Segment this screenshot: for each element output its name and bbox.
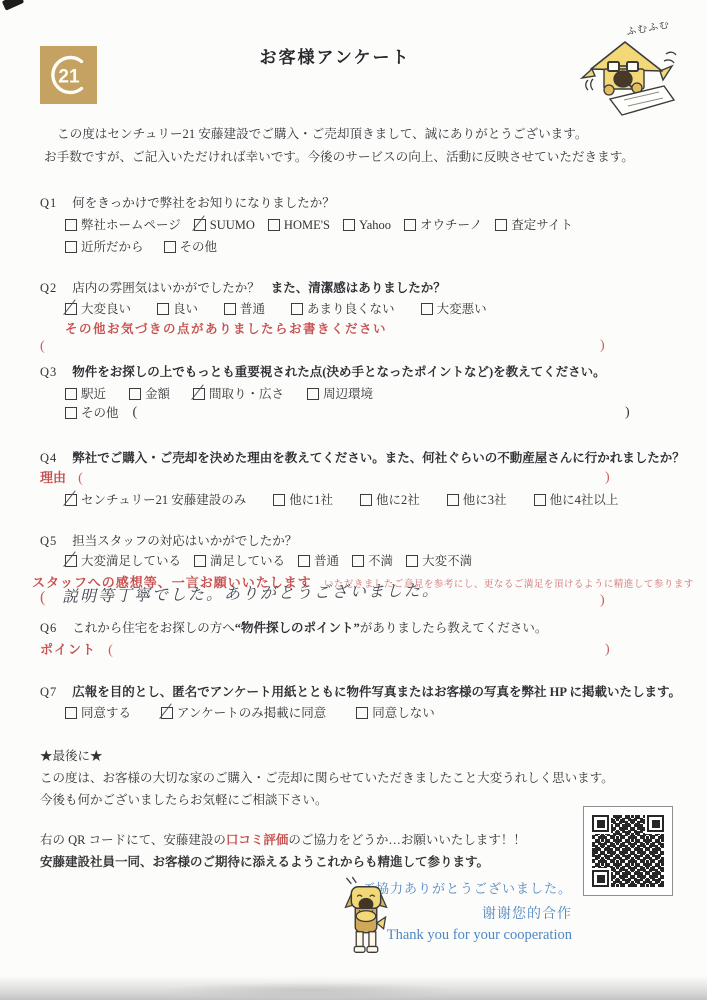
open-paren: ( — [108, 643, 113, 658]
checkbox[interactable] — [65, 241, 77, 253]
q1-options-row1: 弊社ホームページ SUUMO HOME'S Yahoo オウチーノ 査定サイト — [65, 215, 707, 235]
qr-pattern — [592, 815, 664, 887]
checkbox[interactable] — [65, 219, 77, 231]
checkbox[interactable] — [307, 388, 319, 400]
checkbox[interactable] — [421, 303, 433, 315]
open-paren: ( — [78, 471, 83, 486]
option-label: 査定サイト — [511, 215, 573, 235]
question-q4: Q4弊社でご購入・ご売却を決めた理由を教えてください。また、何社ぐらいの不動産屋… — [40, 448, 700, 468]
option-label: 金額 — [145, 384, 170, 404]
qr-finder-icon — [647, 815, 664, 832]
option-label: 満足している — [210, 551, 285, 571]
option-label: 駅近 — [81, 384, 106, 404]
checkbox-option[interactable]: アンケートのみ掲載に同意 — [161, 703, 326, 723]
checkbox-option[interactable]: 金額 — [129, 384, 170, 404]
closing-star-line: ★最後に★ — [40, 746, 700, 766]
checkbox[interactable] — [65, 707, 77, 719]
open-paren: ( — [133, 403, 138, 423]
option-label: アンケートのみ掲載に同意 — [177, 703, 326, 723]
q2-text-2: また、清潔感はありましたか？ — [271, 281, 446, 295]
qr-finder-icon — [592, 870, 609, 887]
checkbox-option[interactable]: SUUMO — [194, 215, 255, 235]
q4-options-row: センチュリー21 安藤建設のみ 他に1社 他に2社 他に3社 他に4社以上 — [65, 490, 707, 510]
q5-options-row: 大変満足している 満足している 普通 不満 大変不満 — [65, 551, 707, 571]
thanks-japanese: ご協力ありがとうございました。 — [362, 878, 572, 897]
logo-21-text: 21 — [58, 67, 80, 88]
checkbox-option[interactable]: 近所だから — [65, 237, 144, 257]
q7-options-row: 同意する アンケートのみ掲載に同意 同意しない — [65, 703, 707, 723]
option-label: センチュリー21 安藤建設のみ — [81, 490, 246, 510]
survey-scan-page: 21 ふむふむ お客様アンケート この度はセンチュリー21 安藤建設でご購入・ご… — [0, 0, 707, 1000]
option-label: 他に3社 — [463, 490, 507, 510]
thanks-chinese: 谢谢您的合作 — [482, 903, 572, 923]
question-q5: Q5担当スタッフの対応はいかがでしたか？ — [40, 531, 700, 551]
checkbox-option[interactable]: 不満 — [352, 551, 393, 571]
checkbox[interactable] — [161, 707, 173, 719]
checkbox-option[interactable]: 同意しない — [356, 703, 435, 723]
qr-code — [583, 806, 673, 896]
q5-text: 担当スタッフの対応はいかがでしたか？ — [72, 534, 297, 548]
qr-text-pre: 右の QR コードにて、安藤建設の — [40, 833, 226, 847]
house-dog-mascot-icon: ふむふむ — [580, 22, 678, 122]
checkbox-option[interactable]: 査定サイト — [495, 215, 573, 235]
checkbox-option[interactable]: 周辺環境 — [307, 384, 373, 404]
checkbox[interactable] — [65, 555, 77, 567]
open-paren: ( — [40, 339, 45, 354]
checkbox[interactable] — [193, 388, 205, 400]
option-label: オウチーノ — [420, 215, 482, 235]
checkbox-option[interactable]: センチュリー21 安藤建設のみ — [65, 490, 246, 510]
option-label: 間取り・広さ — [209, 384, 284, 404]
option-label: 他に2社 — [376, 490, 420, 510]
checkbox[interactable] — [194, 219, 206, 231]
checkbox-option[interactable]: 同意する — [65, 703, 131, 723]
option-label: 大変満足している — [81, 551, 181, 571]
q6-point-line[interactable]: ポイント ( ) — [40, 640, 700, 661]
q3-options-row1: 駅近 金額 間取り・広さ 周辺環境 — [65, 384, 707, 404]
option-label: HOME'S — [284, 215, 330, 235]
checkbox-option[interactable]: 間取り・広さ — [193, 384, 284, 404]
checkbox[interactable] — [157, 303, 169, 315]
checkbox-option[interactable]: あまり良くない — [291, 299, 395, 319]
q7-number: Q7 — [40, 685, 57, 699]
q2-text: 店内の雰囲気はいかがでしたか？ — [72, 281, 260, 295]
option-label: その他 — [81, 403, 119, 423]
checkbox-option[interactable]: その他 — [164, 237, 218, 257]
checkbox-option[interactable]: Yahoo — [343, 215, 391, 235]
open-paren: ( — [40, 589, 45, 606]
close-paren: ) — [605, 468, 610, 488]
q4-reason-line[interactable]: 理由 ( ) — [40, 468, 700, 489]
option-label: 弊社ホームページ — [81, 215, 181, 235]
checkbox[interactable] — [273, 494, 285, 506]
checkbox-option[interactable]: 弊社ホームページ — [65, 215, 181, 235]
q6-number: Q6 — [40, 621, 57, 635]
mascot-caption: ふむふむ — [625, 22, 670, 38]
question-q7: Q7広報を目的とし、匿名でアンケート用紙とともに物件写真またはお客様の写真を弊社… — [40, 682, 700, 702]
option-label: 他に4社以上 — [550, 490, 619, 510]
checkbox[interactable] — [495, 219, 507, 231]
q6-text-post: がありましたら教えてください。 — [360, 621, 548, 635]
checkbox-option[interactable]: 他に4社以上 — [534, 490, 619, 510]
checkbox[interactable] — [360, 494, 372, 506]
close-paren: ) — [600, 591, 605, 611]
checkbox-option[interactable]: 普通 — [224, 299, 265, 319]
q3-number: Q3 — [40, 365, 57, 379]
checkbox-option[interactable]: HOME'S — [268, 215, 330, 235]
question-q6: Q6これから住宅をお探しの方へ“物件探しのポイント”がありましたら教えてください… — [40, 618, 700, 638]
checkbox-option[interactable]: 普通 — [298, 551, 339, 571]
checkbox[interactable] — [65, 494, 77, 506]
checkbox[interactable] — [291, 303, 303, 315]
option-label: 不満 — [368, 551, 393, 571]
q2-writein-line[interactable]: ( ) — [40, 336, 700, 357]
checkbox-option[interactable]: 良い — [157, 299, 198, 319]
option-label: 大変不満 — [422, 551, 472, 571]
checkbox[interactable] — [65, 303, 77, 315]
checkbox-option[interactable]: 大変満足している — [65, 551, 181, 571]
option-label: 普通 — [240, 299, 265, 319]
option-label: 普通 — [314, 551, 339, 571]
checkbox[interactable] — [447, 494, 459, 506]
checkbox[interactable] — [65, 407, 77, 419]
checkbox[interactable] — [194, 555, 206, 567]
q1-options-row2: 近所だから その他 — [65, 237, 707, 257]
checkbox-option[interactable]: 他に1社 — [273, 490, 333, 510]
option-label: SUUMO — [210, 215, 255, 235]
q7-text: 広報を目的とし、匿名でアンケート用紙とともに物件写真またはお客様の写真を弊社 H… — [72, 685, 681, 699]
q3-text: 物件をお探しの上でもっとも重要視された点(決め手となったポイントなど)を教えてく… — [72, 365, 605, 379]
option-label: 周辺環境 — [323, 384, 373, 404]
checkbox[interactable] — [406, 555, 418, 567]
checkbox[interactable] — [224, 303, 236, 315]
checkbox-option[interactable]: オウチーノ — [404, 215, 482, 235]
q5-answer-line[interactable]: ( 説明等丁寧でした。ありがとうございました。 ) — [40, 588, 700, 614]
intro-line-2: お手数ですが、ご記入いただければ幸いです。今後のサービスの向上、活動に反映させて… — [44, 147, 704, 167]
question-q3: Q3物件をお探しの上でもっとも重要視された点(決め手となったポイントなど)を教え… — [40, 362, 700, 382]
option-label: 大変良い — [81, 299, 131, 319]
close-paren: ) — [600, 336, 605, 356]
checkbox-option[interactable]: 駅近 — [65, 384, 106, 404]
q5-number: Q5 — [40, 534, 57, 548]
checkbox-option[interactable]: 他に2社 — [360, 490, 420, 510]
q2-number: Q2 — [40, 281, 57, 295]
checkbox-option[interactable]: 満足している — [194, 551, 285, 571]
option-label: 近所だから — [81, 237, 144, 257]
close-paren: ) — [605, 640, 610, 660]
option-label: あまり良くない — [307, 299, 395, 319]
qr-request-line: 右の QR コードにて、安藤建設の口コミ評価のご協力をどうか…お願いいたします！… — [40, 830, 580, 850]
q4-reason-label: 理由 — [40, 470, 66, 485]
question-q2: Q2店内の雰囲気はいかがでしたか？また、清潔感はありましたか？ — [40, 278, 700, 298]
checkbox-option[interactable]: 大変悪い — [421, 299, 487, 319]
checkbox[interactable] — [352, 555, 364, 567]
qr-text-post: のご協力をどうか…お願いいたします！！ — [288, 833, 526, 847]
q4-text: 弊社でご購入・ご売却を決めた理由を教えてください。また、何社ぐらいの不動産屋さん… — [72, 451, 685, 465]
option-label: 大変悪い — [437, 299, 487, 319]
thanks-english: Thank you for your cooperation — [387, 927, 572, 944]
q6-text-pre: これから住宅をお探しの方へ — [72, 621, 235, 635]
checkbox[interactable] — [65, 388, 77, 400]
page-title: お客様アンケート — [0, 48, 670, 68]
q1-text: 何をきっかけで弊社をお知りになりましたか？ — [72, 196, 335, 210]
option-label: 他に1社 — [289, 490, 333, 510]
q4-number: Q4 — [40, 451, 57, 465]
checkbox-option[interactable]: その他 — [65, 403, 119, 423]
qr-text-highlight: 口コミ評価 — [226, 833, 289, 847]
q6-text-bold: “物件探しのポイント” — [235, 621, 360, 635]
q2-options-row: 大変良い 良い 普通 あまり良くない 大変悪い — [65, 299, 707, 319]
qr-finder-icon — [592, 815, 609, 832]
checkbox[interactable] — [298, 555, 310, 567]
option-label: Yahoo — [359, 215, 391, 235]
checkbox-option[interactable]: 大変良い — [65, 299, 131, 319]
close-paren: ) — [625, 403, 630, 423]
checkbox-option[interactable]: 他に3社 — [447, 490, 507, 510]
checkbox[interactable] — [129, 388, 141, 400]
intro-line-1: この度はセンチュリー21 安藤建設でご購入・ご売却頂きまして、誠にありがとうござ… — [44, 124, 704, 144]
checkbox[interactable] — [268, 219, 280, 231]
q6-point-label: ポイント — [40, 642, 96, 657]
checkbox[interactable] — [404, 219, 416, 231]
question-q1: Q1何をきっかけで弊社をお知りになりましたか？ — [40, 193, 700, 213]
qr-pledge-line: 安藤建設社員一同、お客様のご期待に添えるようこれからも精進して参ります。 — [40, 852, 580, 872]
scan-edge-shadow — [0, 976, 707, 1000]
checkbox[interactable] — [164, 241, 176, 253]
checkbox[interactable] — [356, 707, 368, 719]
closing-line-1: この度は、お客様の大切な家のご購入・ご売却に関らせていただきましたこと大変うれし… — [40, 768, 700, 788]
option-label: 同意する — [81, 703, 131, 723]
option-label: 良い — [173, 299, 198, 319]
checkbox-option[interactable]: 大変不満 — [406, 551, 472, 571]
checkbox[interactable] — [534, 494, 546, 506]
checkbox[interactable] — [343, 219, 355, 231]
q3-options-row2: その他 ( ) — [65, 403, 707, 423]
option-label: その他 — [180, 237, 218, 257]
option-label: 同意しない — [372, 703, 435, 723]
q1-number: Q1 — [40, 196, 57, 210]
puppy-mascot-icon — [343, 876, 389, 966]
scan-corner-mark — [2, 0, 24, 11]
